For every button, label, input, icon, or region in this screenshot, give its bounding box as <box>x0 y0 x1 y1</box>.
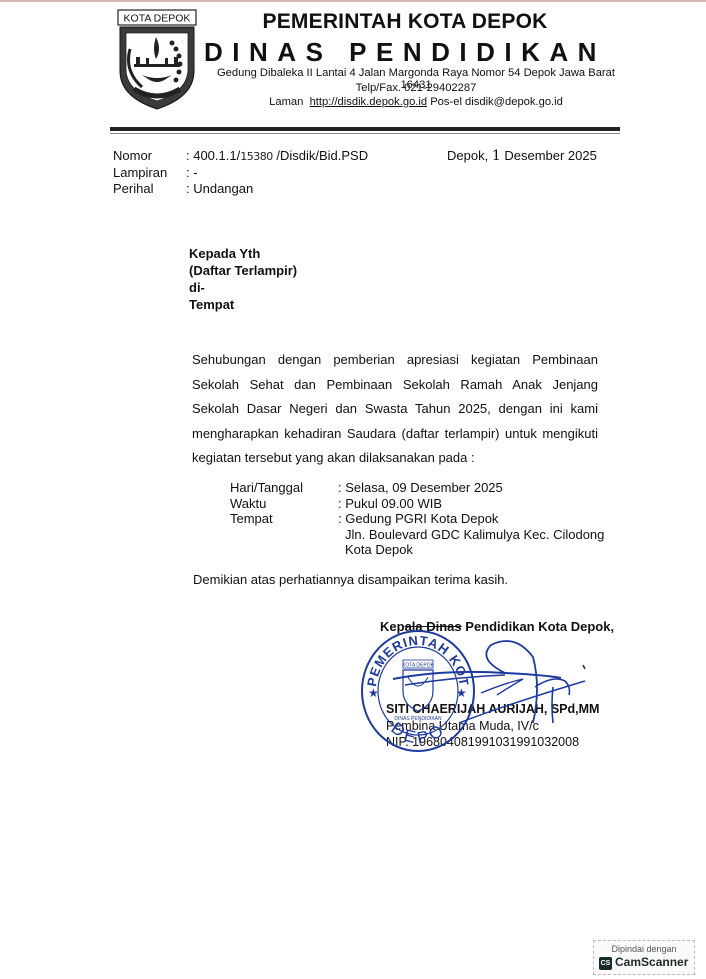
place-city-line: Kota Depok <box>230 542 604 558</box>
recipient-line: Kepada Yth <box>189 245 297 262</box>
lampiran-value: : - <box>186 165 198 181</box>
website-link[interactable]: http://disdik.depok.go.id <box>310 96 428 108</box>
date-label: Hari/Tanggal <box>230 480 338 496</box>
meta-row-perihal: Perihal : Undangan <box>113 181 368 197</box>
letterhead-contact: Laman http://disdik.depok.go.id Pos-el d… <box>200 96 632 108</box>
camscanner-watermark: Dipindai dengan CS CamScanner <box>593 940 695 975</box>
letter-date: Depok, 1 Desember 2025 <box>447 148 597 164</box>
detail-row-date: Hari/Tanggal : Selasa, 09 Desember 2025 <box>230 480 604 496</box>
letterhead-department-title: DINAS PENDIDIKAN <box>200 37 610 68</box>
event-details: Hari/Tanggal : Selasa, 09 Desember 2025 … <box>230 480 604 558</box>
detail-row-place: Tempat : Gedung PGRI Kota Depok <box>230 511 604 527</box>
recipient-line: (Daftar Terlampir) <box>189 262 297 279</box>
camscanner-logo-icon: CS <box>599 957 612 970</box>
nomor-label: Nomor <box>113 148 186 165</box>
place-address-line: Jln. Boulevard GDC Kalimulya Kec. Cilodo… <box>230 527 604 543</box>
time-label: Waktu <box>230 496 338 512</box>
time-value: : Pukul 09.00 WIB <box>338 496 442 512</box>
date-value: : Selasa, 09 Desember 2025 <box>338 480 503 496</box>
body-paragraph: Sehubungan dengan pemberian apresiasi ke… <box>192 348 598 471</box>
place-value: : Gedung PGRI Kota Depok <box>338 511 498 527</box>
depok-coat-of-arms-icon: KOTA DEPOK <box>116 9 198 111</box>
letterhead-divider-thin <box>110 133 620 134</box>
handwritten-number: 15380 <box>240 150 273 163</box>
meta-row-lampiran: Lampiran : - <box>113 165 368 181</box>
nomor-value: : 400.1.1/15380 /Disdik/Bid.PSD <box>186 148 368 165</box>
email-address[interactable]: disdik@depok.go.id <box>465 96 563 108</box>
letter-meta: Nomor : 400.1.1/15380 /Disdik/Bid.PSD La… <box>113 148 368 197</box>
handwritten-signature <box>385 635 610 725</box>
closing-sentence: Demikian atas perhatiannya disampaikan t… <box>193 572 508 587</box>
website-label: Laman <box>269 96 303 108</box>
recipient-line: di- <box>189 279 297 296</box>
svg-text:KOTA DEPOK: KOTA DEPOK <box>124 13 191 25</box>
perihal-label: Perihal <box>113 181 186 197</box>
detail-row-time: Waktu : Pukul 09.00 WIB <box>230 496 604 512</box>
place-label: Tempat <box>230 511 338 527</box>
watermark-caption: Dipindai dengan <box>594 944 694 954</box>
letterhead-government-title: PEMERINTAH KOTA DEPOK <box>200 10 610 34</box>
letterhead-phone: Telp/Fax. 021-29402287 <box>200 82 632 94</box>
perihal-value: : Undangan <box>186 181 253 197</box>
lampiran-label: Lampiran <box>113 165 186 181</box>
svg-text:★: ★ <box>368 686 379 700</box>
meta-row-nomor: Nomor : 400.1.1/15380 /Disdik/Bid.PSD <box>113 148 368 165</box>
watermark-brand: CamScanner <box>615 955 688 969</box>
recipient-block: Kepada Yth (Daftar Terlampir) di- Tempat <box>189 245 297 313</box>
letterhead-divider <box>110 127 620 131</box>
recipient-line: Tempat <box>189 296 297 313</box>
scan-top-edge <box>0 0 706 2</box>
email-label: Pos-el <box>430 96 462 108</box>
